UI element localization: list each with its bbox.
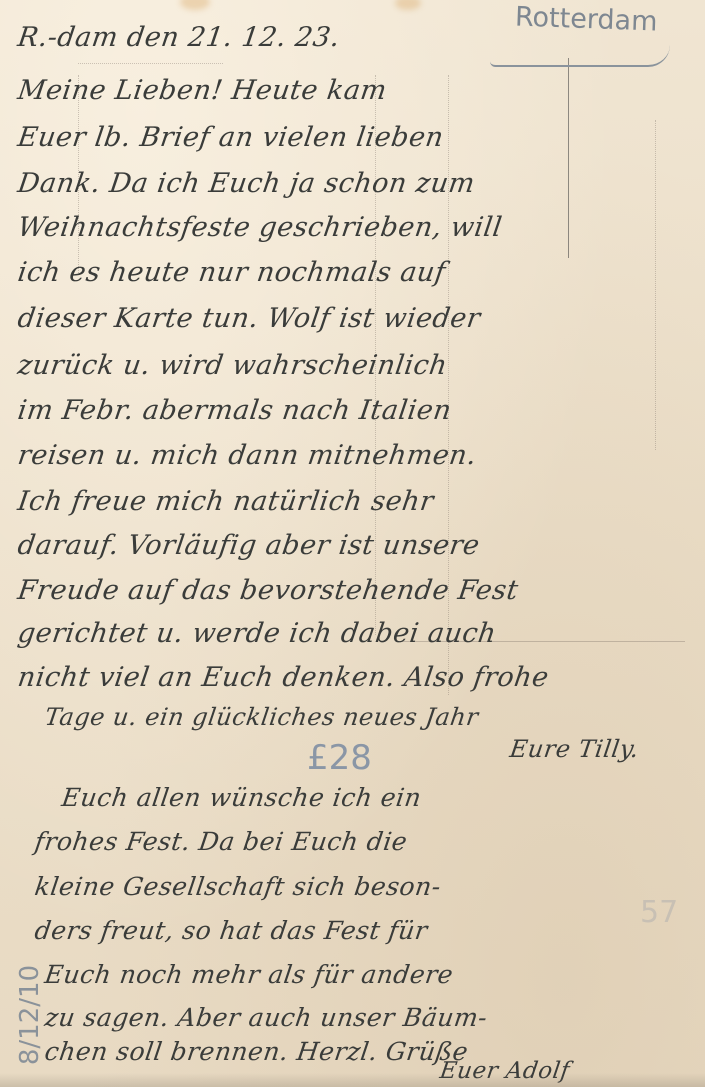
price-annotation: £28 bbox=[307, 738, 372, 778]
letter-line: Tage u. ein glückliches neues Jahr bbox=[43, 703, 697, 731]
letter-line: im Febr. abermals nach Italien bbox=[16, 395, 697, 426]
printed-guide-line bbox=[78, 63, 223, 64]
postscript-line: frohes Fest. Da bei Euch die bbox=[33, 827, 697, 856]
postscript-line: Euch noch mehr als für andere bbox=[43, 960, 697, 989]
archive-number: 8/12/10 bbox=[15, 965, 45, 1065]
letter-line: Euer lb. Brief an vielen lieben bbox=[16, 122, 697, 153]
postscript-line: zu sagen. Aber auch unser Bäum- bbox=[43, 1003, 697, 1032]
card-edge-shadow bbox=[0, 1073, 705, 1087]
letter-date-line: R.-dam den 21. 12. 23. bbox=[16, 22, 697, 53]
postcard: Rotterdam £28 8/12/10 57 R.-dam den 21. … bbox=[0, 0, 705, 1087]
postscript-line: kleine Gesellschaft sich beson- bbox=[33, 872, 697, 901]
paper-stain bbox=[180, 0, 210, 10]
letter-line: Freude auf das bevorstehende Fest bbox=[16, 575, 697, 606]
letter-line: Weihnachtsfeste geschrieben, will bbox=[16, 212, 697, 243]
letter-line: dieser Karte tun. Wolf ist wieder bbox=[16, 303, 697, 334]
letter-line: ich es heute nur nochmals auf bbox=[16, 257, 697, 288]
letter-line: zurück u. wird wahrscheinlich bbox=[16, 350, 697, 381]
letter-line: gerichtet u. werde ich dabei auch bbox=[16, 618, 697, 649]
paper-stain bbox=[395, 0, 421, 10]
letter-line: nicht viel an Euch denken. Also frohe bbox=[16, 662, 697, 693]
postscript-line: Euch allen wünsche ich ein bbox=[60, 783, 697, 812]
letter-line: Ich freue mich natürlich sehr bbox=[16, 486, 697, 517]
letter-line: Meine Lieben! Heute kam bbox=[16, 75, 697, 106]
letter-line: reisen u. mich dann mitnehmen. bbox=[16, 440, 697, 471]
postscript-line: ders freut, so hat das Fest für bbox=[33, 916, 697, 945]
letter-line: Dank. Da ich Euch ja schon zum bbox=[16, 168, 697, 199]
letter-line: darauf. Vorläufig aber ist unsere bbox=[16, 530, 697, 561]
letter-signature: Eure Tilly. bbox=[508, 735, 697, 763]
